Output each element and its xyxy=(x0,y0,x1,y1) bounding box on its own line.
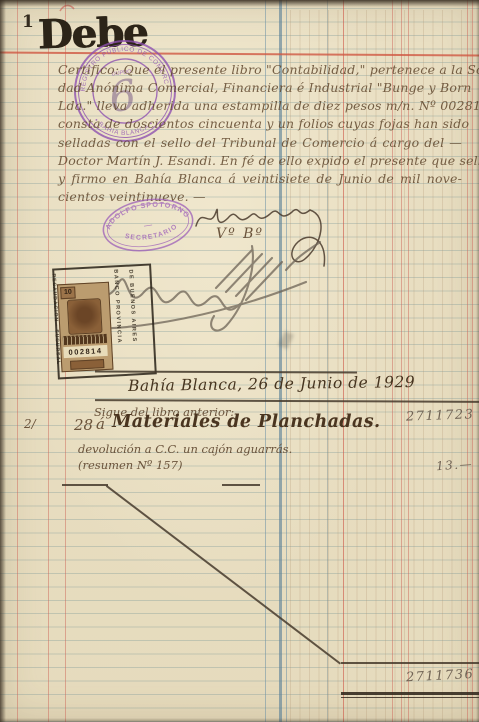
ledger-page: 1 Debe REGISTRO PÚBLICO DE COMERCIO • BA… xyxy=(0,0,479,722)
entry-day: 28 xyxy=(74,416,93,434)
scan-edge-bottom xyxy=(0,718,479,722)
entry-prefix: á xyxy=(96,415,105,433)
certification-line: Certifico: Que el presente libro "Contab… xyxy=(58,62,462,80)
fiscal-stamp-footer xyxy=(70,359,104,370)
closing-rule-mid xyxy=(222,484,260,486)
fiscal-stamp-value: 10 xyxy=(60,286,76,299)
entry-note: (resumen Nº 157) xyxy=(78,458,182,472)
scan-edge-left xyxy=(0,0,6,722)
page-number: 1 xyxy=(22,12,34,32)
fiscal-stamp-band xyxy=(63,334,107,345)
fiscal-stamp-crest xyxy=(67,298,103,335)
entry-title: Materiales de Planchadas. xyxy=(112,412,380,432)
margin-rule-1 xyxy=(17,0,18,722)
certification-line: y firmo en Bahía Blanca á veintisiete de… xyxy=(58,171,462,189)
certification-line: Doctor Martín J. Esandi. En fé de ello e… xyxy=(58,153,462,171)
entry-folio: 2/ xyxy=(24,417,36,431)
margin-rule-2 xyxy=(48,0,49,722)
secretary-stamp-dash: — xyxy=(143,220,153,231)
total-rule xyxy=(341,662,479,664)
entry-detail: devolución a C.C. un cajón aguarrás. xyxy=(78,442,292,456)
certification-line: dad Anónima Comercial, Financiera é Indu… xyxy=(58,80,462,98)
fiscal-stamp: 10 002814 xyxy=(57,282,114,373)
carryover-amount: 271172349 xyxy=(406,406,479,424)
closing-rule-left xyxy=(62,484,108,486)
entry-amount: 13.— xyxy=(436,457,474,474)
certification-line: Lda." lleva adherida una estampilla de d… xyxy=(58,98,462,116)
total-double-rule-1 xyxy=(341,692,479,695)
carryover-pesos: 2711723 xyxy=(406,407,475,424)
fiscal-stamp-serial: 002814 xyxy=(63,345,108,358)
total-double-rule-2 xyxy=(341,697,479,699)
scan-edge-top xyxy=(0,0,479,7)
revenue-stamp: BANCO PROVINCIA DE BUENOS AIRES RECAUDAC… xyxy=(50,263,158,380)
certification-line: selladas con el sello del Tribunal de Co… xyxy=(58,135,462,153)
certification-line: consta de doscientos cincuenta y un foli… xyxy=(58,116,462,134)
